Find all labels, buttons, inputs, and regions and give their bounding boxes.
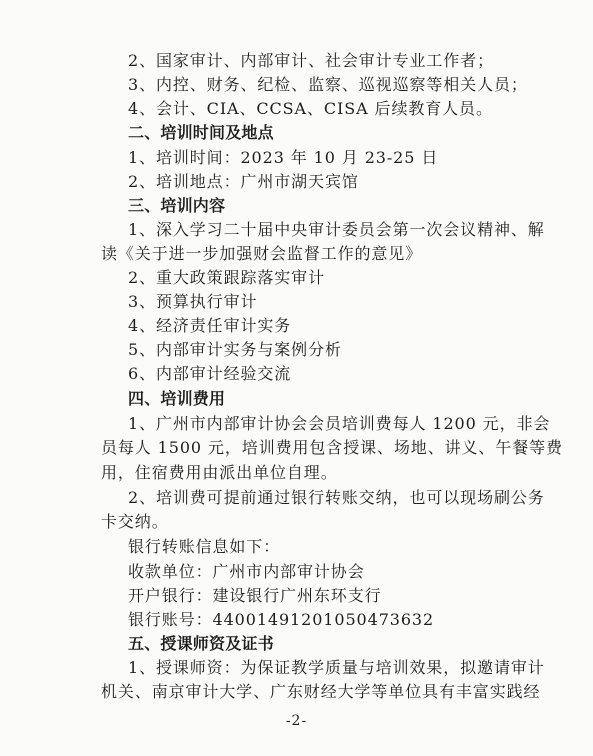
content-item-4: 4、经济责任审计实务: [128, 316, 503, 336]
teacher-line-1: 1、授课师资：为保证教学质量与培训效果，拟邀请审计: [128, 658, 473, 678]
page-number: -2-: [0, 713, 593, 729]
content-item-2: 2、重大政策跟踪落实审计: [128, 268, 503, 288]
bank-name: 开户银行：建设银行广州东环支行: [128, 586, 503, 606]
section-heading-content: 三、培训内容: [128, 196, 503, 216]
content-item-6: 6、内部审计经验交流: [128, 364, 503, 384]
document-page: 2、国家审计、内部审计、社会审计专业工作者； 3、内控、财务、纪检、监察、巡视巡…: [0, 0, 593, 756]
training-time: 1、培训时间：2023 年 10 月 23-25 日: [128, 148, 503, 168]
content-item-1-line1: 1、深入学习二十届中央审计委员会第一次会议精神、解: [128, 220, 473, 240]
payee: 收款单位：广州市内部审计协会: [128, 562, 503, 582]
content-item-1-line2: 读《关于进一步加强财会监督工作的意见》: [101, 244, 476, 264]
participant-item-4: 4、会计、CIA、CCSA、CISA 后续教育人员。: [128, 99, 503, 119]
bank-account: 银行账号：44001491201050473632: [128, 610, 503, 630]
payment-line-1: 2、培训费可提前通过银行转账交纳，也可以现场刷公务: [128, 488, 473, 508]
participant-item-3: 3、内控、财务、纪检、监察、巡视巡察等相关人员；: [128, 75, 503, 95]
section-heading-time-place: 二、培训时间及地点: [128, 123, 503, 143]
section-heading-fees: 四、培训费用: [128, 389, 503, 409]
training-place: 2、培训地点：广州市湖天宾馆: [128, 172, 503, 192]
content-item-5: 5、内部审计实务与案例分析: [128, 340, 503, 360]
fee-line-3: 用，住宿费用由派出单位自理。: [101, 463, 476, 483]
section-heading-teachers: 五、授课师资及证书: [128, 634, 503, 654]
payment-line-2: 卡交纳。: [101, 512, 476, 532]
fee-line-1: 1、广州市内部审计协会会员培训费每人 1200 元，非会: [128, 414, 473, 434]
participant-item-2: 2、国家审计、内部审计、社会审计专业工作者；: [128, 51, 503, 71]
content-item-3: 3、预算执行审计: [128, 292, 503, 312]
fee-line-2: 员每人 1500 元，培训费用包含授课、场地、讲义、午餐等费: [101, 438, 473, 458]
bank-info-intro: 银行转账信息如下：: [128, 537, 503, 557]
teacher-line-2: 机关、南京审计大学、广东财经大学等单位具有丰富实践经: [101, 682, 473, 702]
